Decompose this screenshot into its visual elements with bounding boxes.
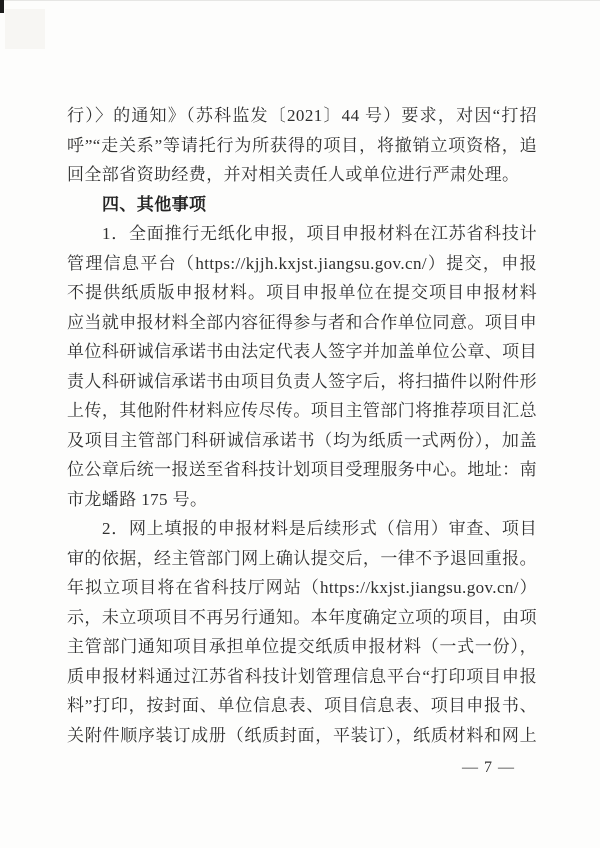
body-line: 关附件顺序装订成册（纸质封面，平装订），纸质材料和网上提	[67, 721, 537, 751]
section-heading: 四、其他事项	[67, 190, 537, 220]
body-line: 位公章后统一报送至省科技计划项目受理服务中心。地址：南京	[67, 455, 537, 485]
document-page: 行）〉的通知》（苏科监发〔2021〕44 号）要求，对因“打招 呼”“走关系”等…	[0, 0, 600, 848]
body-line: 1．全面推行无纸化申报，项目申报材料在江苏省科技计划	[67, 219, 537, 249]
body-line: 市龙蟠路 175 号。	[67, 485, 537, 515]
scan-corner-shade-artifact	[5, 9, 45, 49]
body-line: 2．网上填报的申报材料是后续形式（信用）审查、项目评	[67, 514, 537, 544]
body-line: 回全部省资助经费，并对相关责任人或单位进行严肃处理。	[67, 160, 537, 190]
body-line: 上传，其他附件材料应传尽传。项目主管部门将推荐项目汇总表	[67, 396, 537, 426]
body-line: 不提供纸质版申报材料。项目申报单位在提交项目申报材料前，	[67, 278, 537, 308]
body-line: 行）〉的通知》（苏科监发〔2021〕44 号）要求，对因“打招	[67, 101, 537, 131]
body-line: 料”打印，按封面、单位信息表、项目信息表、项目申报书、相	[67, 691, 537, 721]
body-line: 审的依据，经主管部门网上确认提交后，一律不予退回重报。2024	[67, 544, 537, 574]
body-line: 责人科研诚信承诺书由项目负责人签字后，将扫描件以附件形式	[67, 367, 537, 397]
body-line: 年拟立项目将在省科技厅网站（https://kxjst.jiangsu.gov.…	[67, 573, 537, 603]
page-number: — 7 —	[67, 758, 537, 778]
body-line: 单位科研诚信承诺书由法定代表人签字并加盖单位公章、项目负	[67, 337, 537, 367]
body-line: 示，未立项项目不再另行通知。本年度确定立项的项目，由项目	[67, 603, 537, 633]
body-line: 呼”“走关系”等请托行为所获得的项目，将撤销立项资格，追	[67, 131, 537, 161]
body-line: 主管部门通知项目承担单位提交纸质申报材料（一式一份），纸	[67, 632, 537, 662]
scan-top-edge-artifact	[0, 0, 600, 1]
body-line: 应当就申报材料全部内容征得参与者和合作单位同意。项目申报	[67, 308, 537, 338]
body-line: 管理信息平台（https://kjjh.kxjst.jiangsu.gov.cn…	[67, 249, 537, 279]
scan-corner-artifact	[0, 0, 4, 13]
document-body: 行）〉的通知》（苏科监发〔2021〕44 号）要求，对因“打招 呼”“走关系”等…	[67, 101, 537, 750]
body-line: 质申报材料通过江苏省科技计划管理信息平台“打印项目申报材	[67, 662, 537, 692]
body-line: 及项目主管部门科研诚信承诺书（均为纸质一式两份），加盖单	[67, 426, 537, 456]
